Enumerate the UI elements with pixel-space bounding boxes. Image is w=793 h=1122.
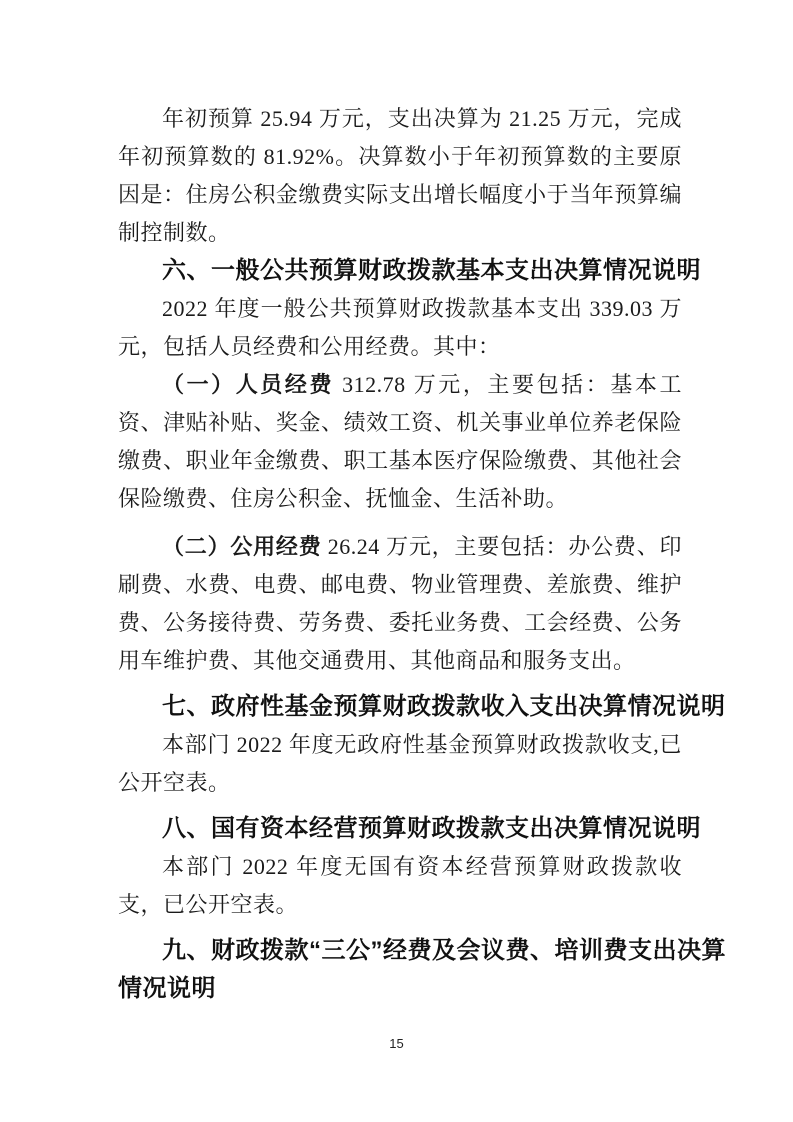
heading-section-9: 九、财政拨款“三公”经费及会议费、培训费支出决算情况说明: [118, 932, 728, 1008]
paragraph-section-6-overview: 2022 年度一般公共预算财政拨款基本支出 339.03 万元，包括人员经费和公…: [118, 290, 682, 366]
label-public-expense: （二）公用经费: [162, 534, 322, 559]
paragraph-public-expense: （二）公用经费 26.24 万元，主要包括：办公费、印刷费、水费、电费、邮电费、…: [118, 528, 682, 680]
heading-section-7: 七、政府性基金预算财政拨款收入支出决算情况说明: [118, 688, 728, 726]
page-number: 15: [0, 1036, 793, 1051]
heading-section-6: 六、一般公共预算财政拨款基本支出决算情况说明: [118, 252, 728, 290]
paragraph-section-7-body: 本部门 2022 年度无政府性基金预算财政拨款收支,已公开空表。: [118, 726, 682, 802]
label-personnel-expense: （一）人员经费: [162, 372, 334, 397]
paragraph-section-8-body: 本部门 2022 年度无国有资本经营预算财政拨款收支，已公开空表。: [118, 848, 682, 924]
document-body: 年初预算 25.94 万元，支出决算为 21.25 万元，完成年初预算数的 81…: [118, 100, 682, 1008]
heading-section-8: 八、国有资本经营预算财政拨款支出决算情况说明: [118, 810, 728, 848]
paragraph-personnel-expense: （一）人员经费 312.78 万元，主要包括：基本工资、津贴补贴、奖金、绩效工资…: [118, 366, 682, 518]
document-page: 年初预算 25.94 万元，支出决算为 21.25 万元，完成年初预算数的 81…: [0, 0, 793, 1122]
paragraph-budget-comparison: 年初预算 25.94 万元，支出决算为 21.25 万元，完成年初预算数的 81…: [118, 100, 682, 252]
